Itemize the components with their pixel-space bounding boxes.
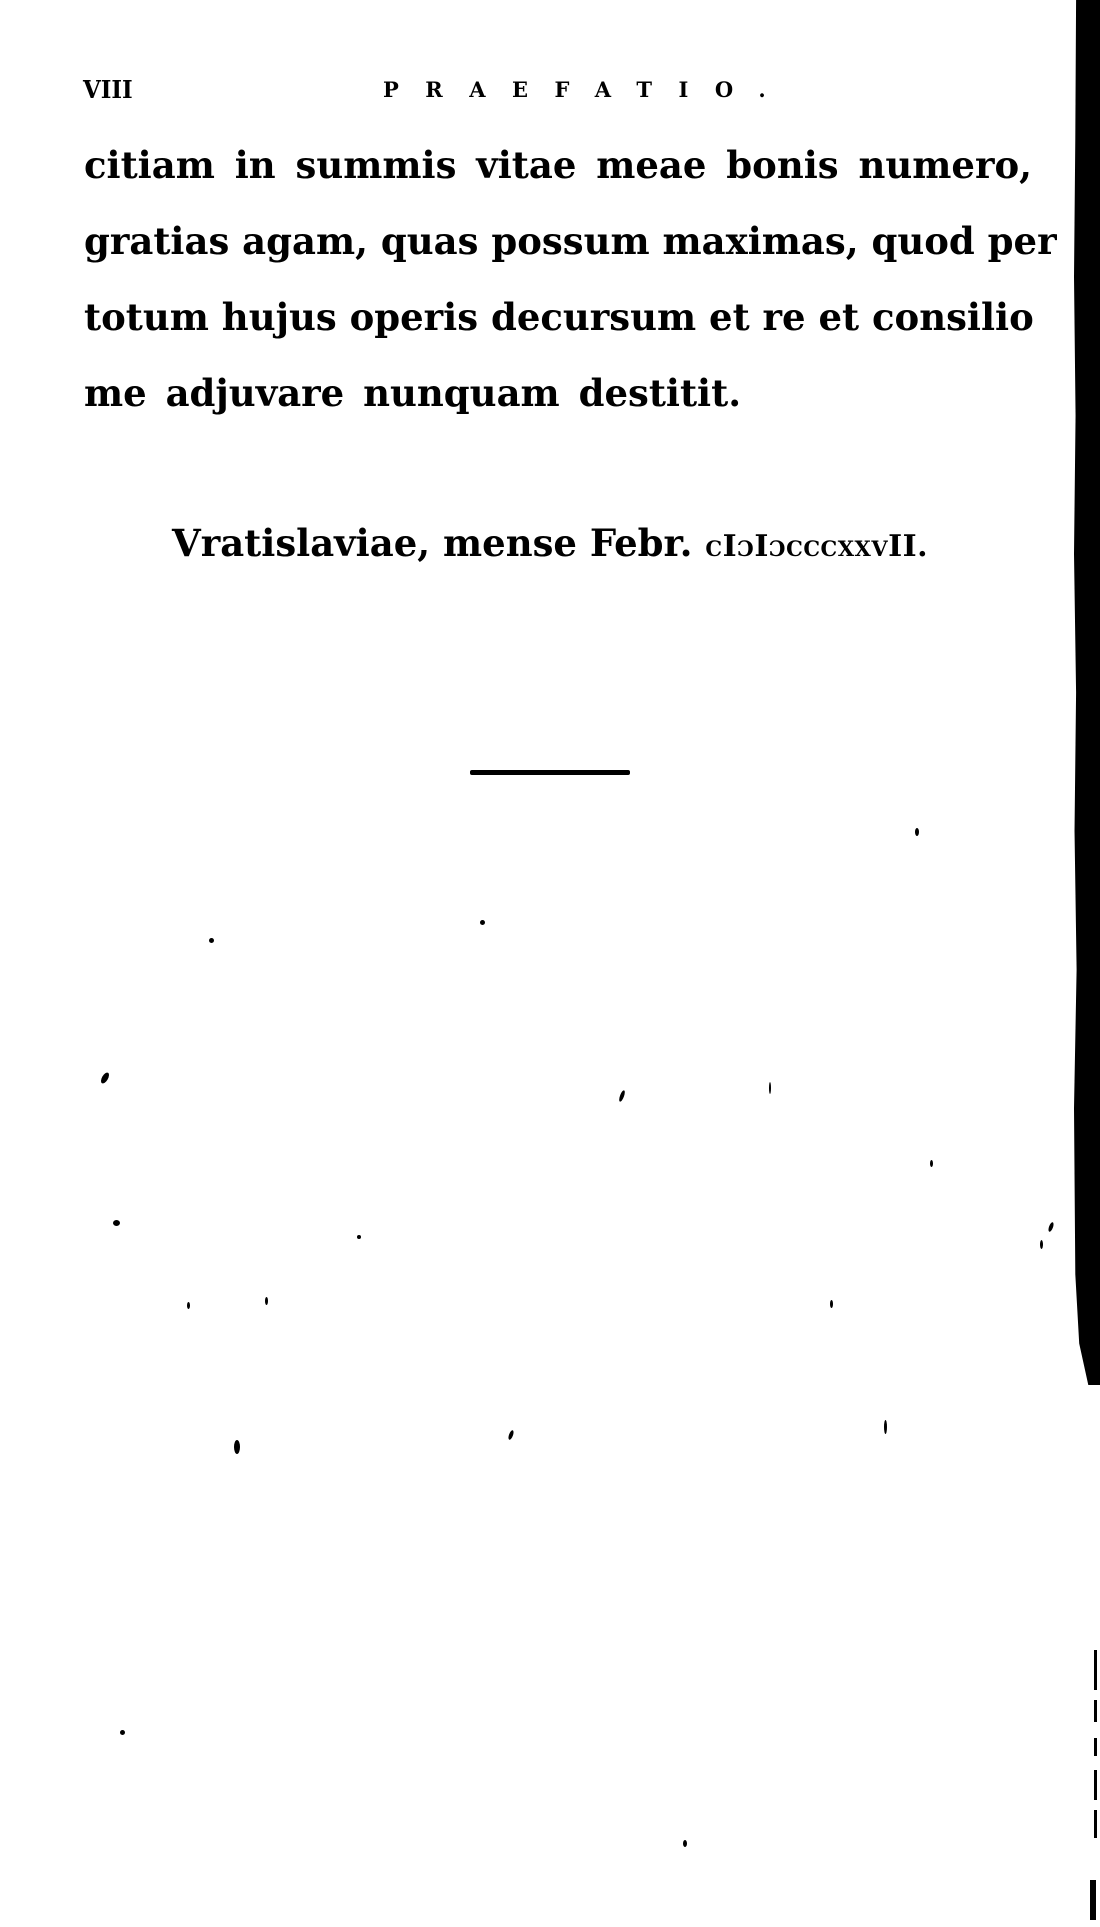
paper-speck xyxy=(1040,1240,1043,1249)
paper-speck xyxy=(915,828,919,836)
paper-speck xyxy=(830,1300,833,1308)
paper-speck xyxy=(209,938,214,943)
paper-speck xyxy=(683,1840,687,1847)
paper-speck xyxy=(99,1071,110,1084)
dateline-year: cIɔIɔcccxxvII. xyxy=(705,529,928,564)
dateline-place: Vratislaviae, mense Febr. xyxy=(172,521,693,565)
binding-edge-mark xyxy=(1094,1810,1097,1838)
binding-edge-mark xyxy=(1094,1738,1097,1756)
running-title: PRAEFATIO. xyxy=(383,74,792,106)
text-line: citiam in summis vitae meae bonis numero… xyxy=(84,140,1032,216)
paper-speck xyxy=(618,1090,626,1103)
paper-speck xyxy=(769,1082,771,1094)
paper-speck xyxy=(187,1302,190,1309)
text-line: gratias agam, quas possum maximas, quod … xyxy=(84,216,1032,292)
body-paragraph: citiam in summis vitae meae bonis numero… xyxy=(84,140,1032,444)
paper-speck xyxy=(113,1220,120,1226)
book-page: VIII PRAEFATIO. citiam in summis vitae m… xyxy=(0,0,1100,1927)
separator-rule xyxy=(470,770,630,775)
paper-speck xyxy=(265,1297,268,1305)
binding-edge-mark xyxy=(1094,1650,1097,1690)
text-line: me adjuvare nunquam destitit. xyxy=(84,368,1032,444)
paper-speck xyxy=(930,1160,933,1167)
paper-speck xyxy=(234,1440,240,1454)
text-line: totum hujus operis decursum et re et con… xyxy=(84,292,1032,368)
paper-speck xyxy=(480,920,485,925)
paper-speck xyxy=(1047,1222,1054,1233)
paper-speck xyxy=(120,1730,125,1735)
binding-edge-mark xyxy=(1094,1700,1097,1722)
binding-edge-mark xyxy=(1094,1770,1097,1800)
binding-edge-shadow xyxy=(1074,0,1100,1385)
paper-speck xyxy=(357,1235,361,1239)
running-head: VIII PRAEFATIO. xyxy=(83,74,803,106)
dateline: Vratislaviae, mense Febr. cIɔIɔcccxxvII. xyxy=(172,518,952,572)
page-number: VIII xyxy=(83,74,133,106)
paper-speck xyxy=(884,1420,887,1434)
binding-edge-mark xyxy=(1090,1880,1096,1920)
paper-speck xyxy=(507,1430,514,1441)
